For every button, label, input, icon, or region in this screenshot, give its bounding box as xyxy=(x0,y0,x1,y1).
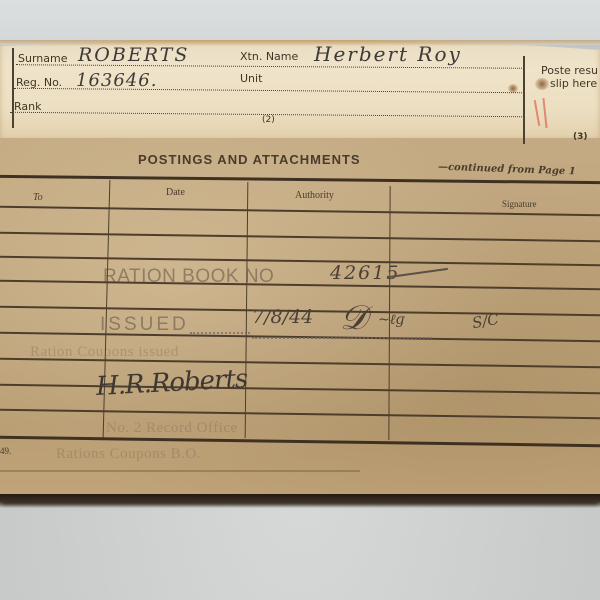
surname-value: ROBERTS xyxy=(78,44,189,66)
faint-stamp-line-3: Rations Coupons B.O. xyxy=(56,446,201,463)
column-header-date: Date xyxy=(166,187,185,198)
column-header-authority: Authority xyxy=(295,190,334,201)
faint-stamp-line-1: Ration Coupons issued xyxy=(30,344,179,361)
issuer-initials: 𝒟 xyxy=(340,298,367,338)
footer-faint-rule xyxy=(0,470,360,472)
xtn-name-value: Herbert Roy xyxy=(314,42,462,66)
column-header-to: To xyxy=(33,192,43,203)
xtn-name-label: Xtn. Name xyxy=(240,50,298,63)
ration-book-stamp: RATION BOOK NO xyxy=(103,266,274,288)
section-number-2: (2) xyxy=(262,115,275,125)
surname-label: Surname xyxy=(18,52,67,65)
column-header-signature: Signature xyxy=(502,199,537,209)
section-number-3: (3) xyxy=(573,132,588,142)
ink-stain xyxy=(508,84,518,93)
slip-divider xyxy=(523,56,525,144)
paste-label-line-1: Poste resu xyxy=(541,64,598,77)
paste-label-line-2: slip here xyxy=(550,77,597,90)
card-title: POSTINGS AND ATTACHMENTS xyxy=(138,152,361,167)
issued-dotted-line xyxy=(190,332,250,334)
unit-label: Unit xyxy=(240,72,262,85)
form-number: 49. xyxy=(0,446,11,456)
ration-book-number: 42615 xyxy=(330,262,400,284)
ink-stain xyxy=(535,78,549,90)
issuer-scribble: ~ℓɡ xyxy=(378,312,405,329)
faint-stamp-line-2: No. 2 Record Office xyxy=(106,420,238,437)
issued-date: 7/8/44 xyxy=(252,306,313,328)
card-shadow xyxy=(0,494,600,508)
issued-stamp: ISSUED xyxy=(100,314,189,336)
backdrop xyxy=(0,0,600,45)
